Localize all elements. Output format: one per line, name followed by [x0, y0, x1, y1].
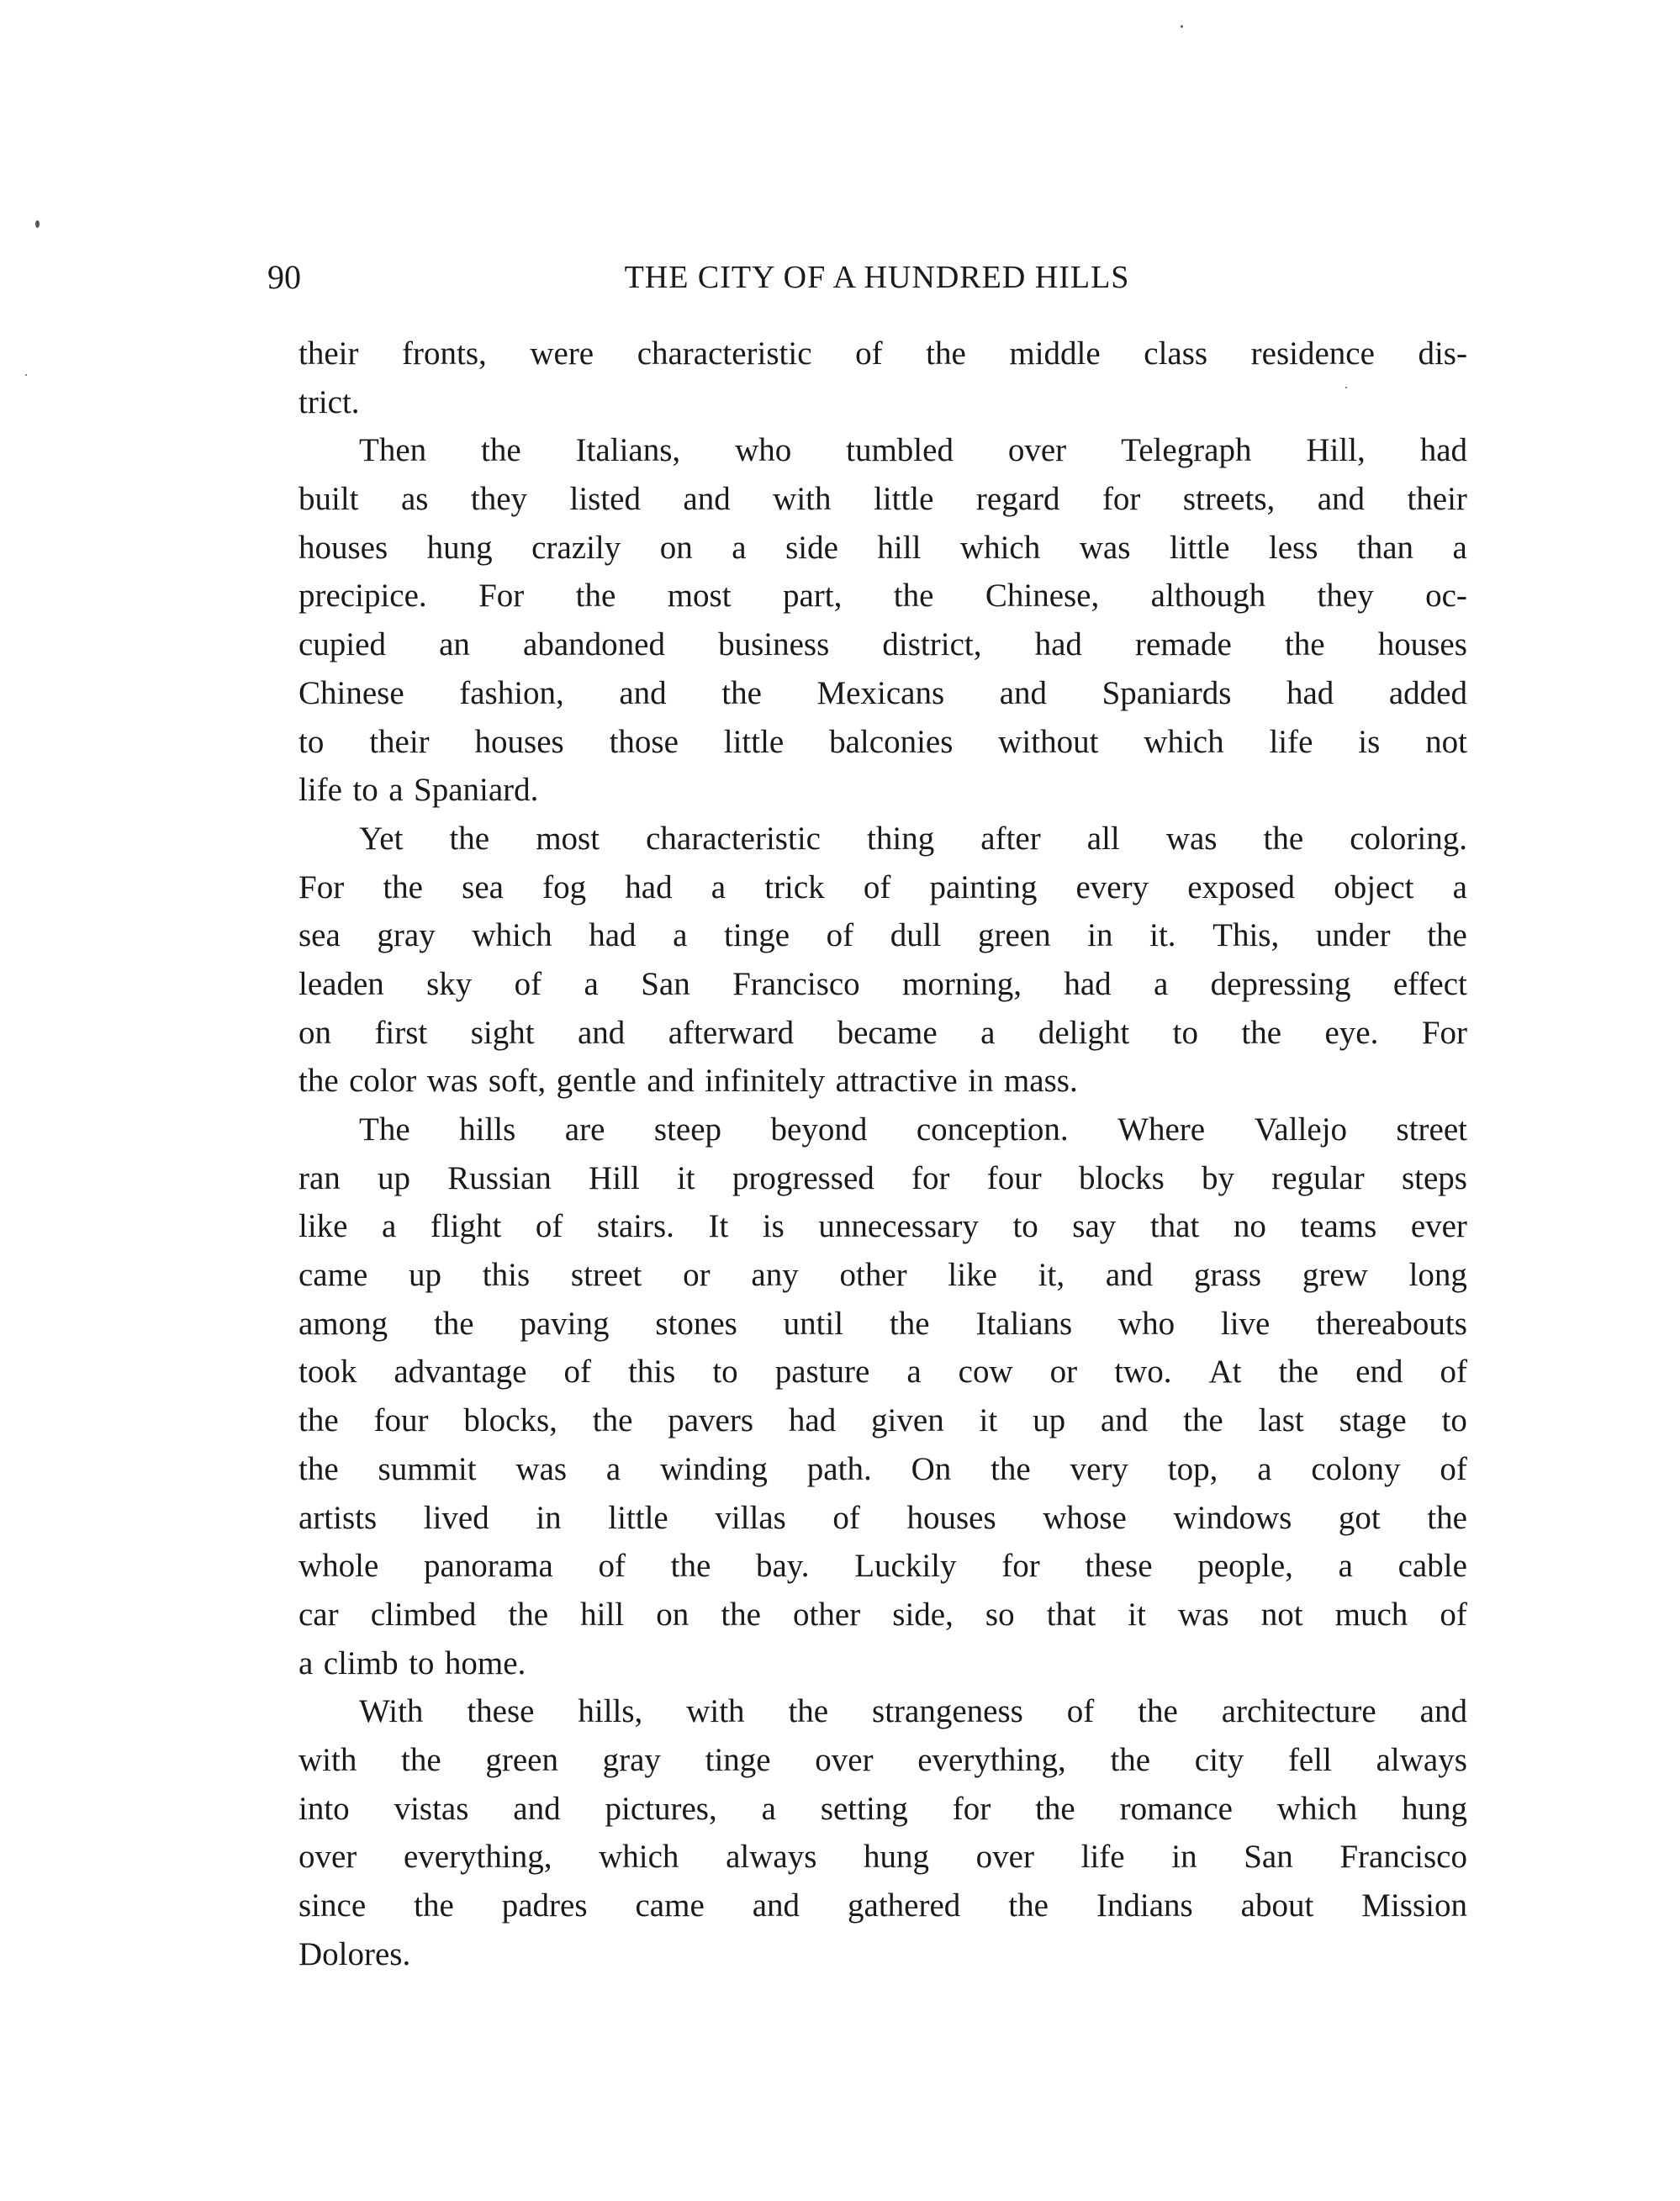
text-line: Withthesehills,withthestrangenessofthear…	[298, 1687, 1467, 1736]
book-page: 90 THE CITY OF A HUNDRED HILLS theirfron…	[0, 0, 1680, 2201]
body-text: theirfronts,werecharacteristicofthemiddl…	[298, 330, 1467, 1978]
scan-speck	[1181, 25, 1183, 28]
text-line: ranupRussianHillitprogressedforfourblock…	[298, 1154, 1467, 1203]
paragraph: Yetthemostcharacteristicthingafterallwas…	[298, 815, 1467, 1106]
running-head: 90 THE CITY OF A HUNDRED HILLS	[267, 252, 1470, 303]
running-title: THE CITY OF A HUNDRED HILLS	[267, 252, 1470, 303]
text-line: lifetoaSpaniard.	[298, 766, 1467, 815]
paragraph: Thehillsaresteepbeyondconception.WhereVa…	[298, 1106, 1467, 1687]
text-line: trict.	[298, 378, 1467, 427]
text-line: thesummitwasawindingpath.Ontheverytop,ac…	[298, 1445, 1467, 1494]
scan-speck	[35, 220, 40, 228]
text-line: artistslivedinlittlevillasofhouseswhosew…	[298, 1494, 1467, 1543]
text-line: cupiedanabandonedbusinessdistrict,hadrem…	[298, 620, 1467, 669]
text-line: cameupthisstreetoranyotherlikeit,andgras…	[298, 1251, 1467, 1300]
text-line: thefourblocks,thepavershadgivenitupandth…	[298, 1396, 1467, 1445]
text-line: totheirhousesthoselittlebalconieswithout…	[298, 718, 1467, 767]
text-line: thecolorwassoft,gentleandinfinitelyattra…	[298, 1057, 1467, 1106]
text-line: leadenskyofaSanFranciscomorning,hadadepr…	[298, 960, 1467, 1009]
text-line: Fortheseafoghadatrickofpaintingeveryexpo…	[298, 863, 1467, 912]
text-line: carclimbedthehillontheotherside,sothatit…	[298, 1591, 1467, 1639]
text-line: sincethepadrescameandgatheredtheIndiansa…	[298, 1882, 1467, 1930]
text-line: aclimbtohome.	[298, 1639, 1467, 1688]
paragraph: ThentheItalians,whotumbledoverTelegraphH…	[298, 426, 1467, 815]
text-line: onfirstsightandafterwardbecameadelightto…	[298, 1009, 1467, 1058]
text-line: intovistasandpictures,asettingfortheroma…	[298, 1785, 1467, 1834]
text-line: Yetthemostcharacteristicthingafterallwas…	[298, 815, 1467, 863]
scan-speck	[25, 374, 27, 376]
text-line: overeverything,whichalwayshungoverlifein…	[298, 1833, 1467, 1882]
text-line: likeaflightofstairs.Itisunnecessarytosay…	[298, 1202, 1467, 1251]
text-line: ThentheItalians,whotumbledoverTelegraphH…	[298, 426, 1467, 475]
text-line: houseshungcrazilyonasidehillwhichwaslitt…	[298, 524, 1467, 573]
text-line: wholepanoramaofthebay.Luckilyforthesepeo…	[298, 1542, 1467, 1591]
text-line: precipice.Forthemostpart,theChinese,alth…	[298, 572, 1467, 620]
text-line: tookadvantageofthistopastureacowortwo.At…	[298, 1348, 1467, 1396]
text-line: amongthepavingstonesuntiltheItalianswhol…	[298, 1300, 1467, 1349]
text-line: Chinesefashion,andtheMexicansandSpaniard…	[298, 669, 1467, 718]
text-line: seagraywhichhadatingeofdullgreeninit.Thi…	[298, 911, 1467, 960]
text-line: Dolores.	[298, 1930, 1467, 1979]
text-line: withthegreengraytingeovereverything,thec…	[298, 1736, 1467, 1785]
text-line: Thehillsaresteepbeyondconception.WhereVa…	[298, 1106, 1467, 1154]
text-line: builtastheylistedandwithlittleregardfors…	[298, 475, 1467, 524]
paragraph: Withthesehills,withthestrangenessofthear…	[298, 1687, 1467, 1978]
scan-speck	[1345, 387, 1347, 388]
paragraph: theirfronts,werecharacteristicofthemiddl…	[298, 330, 1467, 426]
text-line: theirfronts,werecharacteristicofthemiddl…	[298, 330, 1467, 378]
